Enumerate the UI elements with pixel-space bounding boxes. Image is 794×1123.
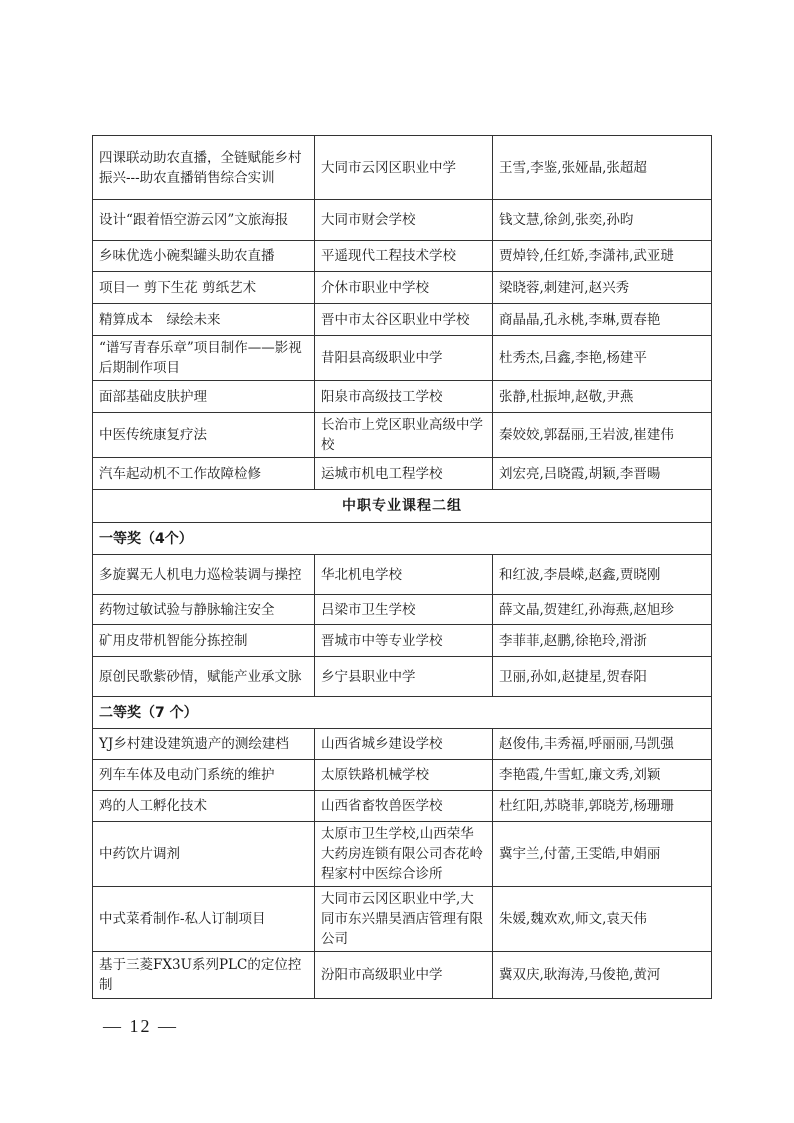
project-name: 面部基础皮肤护理 <box>93 381 315 413</box>
project-name: 乡味优选小碗梨罐头助农直播 <box>93 241 315 272</box>
awards-table: 四课联动助农直播，全链赋能乡村振兴---助农直播销售综合实训 大同市云冈区职业中… <box>92 135 712 999</box>
table-row: 四课联动助农直播，全链赋能乡村振兴---助农直播销售综合实训 大同市云冈区职业中… <box>93 136 712 200</box>
school-name: 晋中市太谷区职业中学校 <box>315 304 493 336</box>
table-row: YJ乡村建设建筑遗产的测绘建档 山西省城乡建设学校 赵俊伟,丰秀福,呼丽丽,马凯… <box>93 729 712 760</box>
team-members: 卫丽,孙如,赵捷星,贺春阳 <box>493 657 712 697</box>
project-name: 列车车体及电动门系统的维护 <box>93 760 315 791</box>
project-name: 基于三菱FX3U系列PLC的定位控制 <box>93 952 315 999</box>
project-name: YJ乡村建设建筑遗产的测绘建档 <box>93 729 315 760</box>
team-members: 赵俊伟,丰秀福,呼丽丽,马凯强 <box>493 729 712 760</box>
table-row: “谱写青春乐章”项目制作——影视后期制作项目 昔阳县高级职业中学 杜秀杰,吕鑫,… <box>93 336 712 381</box>
school-name: 华北机电学校 <box>315 555 493 595</box>
table-row: 中式菜肴制作-私人订制项目 大同市云冈区职业中学,大同市东兴鼎昊酒店管理有限公司… <box>93 887 712 952</box>
school-name: 阳泉市高级技工学校 <box>315 381 493 413</box>
award-header-row: 一等奖（4个） <box>93 523 712 555</box>
table-row: 基于三菱FX3U系列PLC的定位控制 汾阳市高级职业中学 冀双庆,耿海涛,马俊艳… <box>93 952 712 999</box>
table-row: 列车车体及电动门系统的维护 太原铁路机械学校 李艳霞,牛雪虹,廉文秀,刘颖 <box>93 760 712 791</box>
project-name: 中医传统康复疗法 <box>93 413 315 458</box>
group-title: 中职专业课程二组 <box>93 490 712 523</box>
team-members: 杜红阳,苏晓菲,郭晓芳,杨珊珊 <box>493 791 712 822</box>
table-row: 精算成本 绿绘未来 晋中市太谷区职业中学校 商晶晶,孔永桃,李琳,贾春艳 <box>93 304 712 336</box>
project-name: 中药饮片调剂 <box>93 822 315 887</box>
school-name: 太原铁路机械学校 <box>315 760 493 791</box>
team-members: 王雪,李鉴,张娅晶,张超超 <box>493 136 712 200</box>
team-members: 梁晓蓉,刺建河,赵兴秀 <box>493 272 712 304</box>
school-name: 太原市卫生学校,山西荣华大药房连锁有限公司杏花岭程家村中医综合诊所 <box>315 822 493 887</box>
school-name: 运城市机电工程学校 <box>315 458 493 490</box>
team-members: 冀宇兰,付蕾,王雯皓,申娟丽 <box>493 822 712 887</box>
project-name: “谱写青春乐章”项目制作——影视后期制作项目 <box>93 336 315 381</box>
team-members: 朱媛,魏欢欢,师文,袁天伟 <box>493 887 712 952</box>
project-name: 药物过敏试验与静脉输注安全 <box>93 595 315 625</box>
table-row: 中医传统康复疗法 长治市上党区职业高级中学校 秦姣姣,郭磊丽,王岩波,崔建伟 <box>93 413 712 458</box>
project-name: 四课联动助农直播，全链赋能乡村振兴---助农直播销售综合实训 <box>93 136 315 200</box>
school-name: 晋城市中等专业学校 <box>315 625 493 657</box>
page-number: — 12 — <box>103 1016 178 1037</box>
table-row: 项目一 剪下生花 剪纸艺术 介休市职业中学校 梁晓蓉,刺建河,赵兴秀 <box>93 272 712 304</box>
project-name: 精算成本 绿绘未来 <box>93 304 315 336</box>
table-row: 面部基础皮肤护理 阳泉市高级技工学校 张静,杜振坤,赵敬,尹燕 <box>93 381 712 413</box>
team-members: 冀双庆,耿海涛,马俊艳,黄河 <box>493 952 712 999</box>
school-name: 平遥现代工程技术学校 <box>315 241 493 272</box>
school-name: 吕梁市卫生学校 <box>315 595 493 625</box>
team-members: 贾焯铃,任红娇,李潇祎,武亚琎 <box>493 241 712 272</box>
project-name: 中式菜肴制作-私人订制项目 <box>93 887 315 952</box>
school-name: 大同市云冈区职业中学,大同市东兴鼎昊酒店管理有限公司 <box>315 887 493 952</box>
school-name: 汾阳市高级职业中学 <box>315 952 493 999</box>
school-name: 长治市上党区职业高级中学校 <box>315 413 493 458</box>
project-name: 汽车起动机不工作故障检修 <box>93 458 315 490</box>
first-prize-title: 一等奖（4个） <box>93 523 712 555</box>
table-row: 汽车起动机不工作故障检修 运城市机电工程学校 刘宏亮,吕晓霞,胡颖,李晋暘 <box>93 458 712 490</box>
team-members: 薛文晶,贺建红,孙海燕,赵旭珍 <box>493 595 712 625</box>
project-name: 多旋翼无人机电力巡检装调与操控 <box>93 555 315 595</box>
table-row: 乡味优选小碗梨罐头助农直播 平遥现代工程技术学校 贾焯铃,任红娇,李潇祎,武亚琎 <box>93 241 712 272</box>
team-members: 张静,杜振坤,赵敬,尹燕 <box>493 381 712 413</box>
group-header-row: 中职专业课程二组 <box>93 490 712 523</box>
project-name: 原创民歌紫砂情，赋能产业承文脉 <box>93 657 315 697</box>
school-name: 乡宁县职业中学 <box>315 657 493 697</box>
school-name: 山西省畜牧兽医学校 <box>315 791 493 822</box>
second-prize-title: 二等奖（7 个） <box>93 697 712 729</box>
project-name: 项目一 剪下生花 剪纸艺术 <box>93 272 315 304</box>
team-members: 刘宏亮,吕晓霞,胡颖,李晋暘 <box>493 458 712 490</box>
project-name: 设计“跟着悟空游云冈”文旅海报 <box>93 200 315 241</box>
school-name: 大同市云冈区职业中学 <box>315 136 493 200</box>
table-row: 多旋翼无人机电力巡检装调与操控 华北机电学校 和红波,李晨嵘,赵鑫,贾晓刚 <box>93 555 712 595</box>
table-row: 矿用皮带机智能分拣控制 晋城市中等专业学校 李菲菲,赵鹏,徐艳玲,滑浙 <box>93 625 712 657</box>
team-members: 商晶晶,孔永桃,李琳,贾春艳 <box>493 304 712 336</box>
table-row: 中药饮片调剂 太原市卫生学校,山西荣华大药房连锁有限公司杏花岭程家村中医综合诊所… <box>93 822 712 887</box>
school-name: 介休市职业中学校 <box>315 272 493 304</box>
team-members: 秦姣姣,郭磊丽,王岩波,崔建伟 <box>493 413 712 458</box>
award-header-row: 二等奖（7 个） <box>93 697 712 729</box>
team-members: 杜秀杰,吕鑫,李艳,杨建平 <box>493 336 712 381</box>
awards-table-body: 四课联动助农直播，全链赋能乡村振兴---助农直播销售综合实训 大同市云冈区职业中… <box>93 136 712 999</box>
school-name: 昔阳县高级职业中学 <box>315 336 493 381</box>
table-row: 鸡的人工孵化技术 山西省畜牧兽医学校 杜红阳,苏晓菲,郭晓芳,杨珊珊 <box>93 791 712 822</box>
team-members: 李菲菲,赵鹏,徐艳玲,滑浙 <box>493 625 712 657</box>
project-name: 矿用皮带机智能分拣控制 <box>93 625 315 657</box>
project-name: 鸡的人工孵化技术 <box>93 791 315 822</box>
team-members: 和红波,李晨嵘,赵鑫,贾晓刚 <box>493 555 712 595</box>
team-members: 钱文慧,徐剑,张奕,孙昀 <box>493 200 712 241</box>
school-name: 山西省城乡建设学校 <box>315 729 493 760</box>
school-name: 大同市财会学校 <box>315 200 493 241</box>
table-row: 药物过敏试验与静脉输注安全 吕梁市卫生学校 薛文晶,贺建红,孙海燕,赵旭珍 <box>93 595 712 625</box>
team-members: 李艳霞,牛雪虹,廉文秀,刘颖 <box>493 760 712 791</box>
table-row: 原创民歌紫砂情，赋能产业承文脉 乡宁县职业中学 卫丽,孙如,赵捷星,贺春阳 <box>93 657 712 697</box>
table-row: 设计“跟着悟空游云冈”文旅海报 大同市财会学校 钱文慧,徐剑,张奕,孙昀 <box>93 200 712 241</box>
